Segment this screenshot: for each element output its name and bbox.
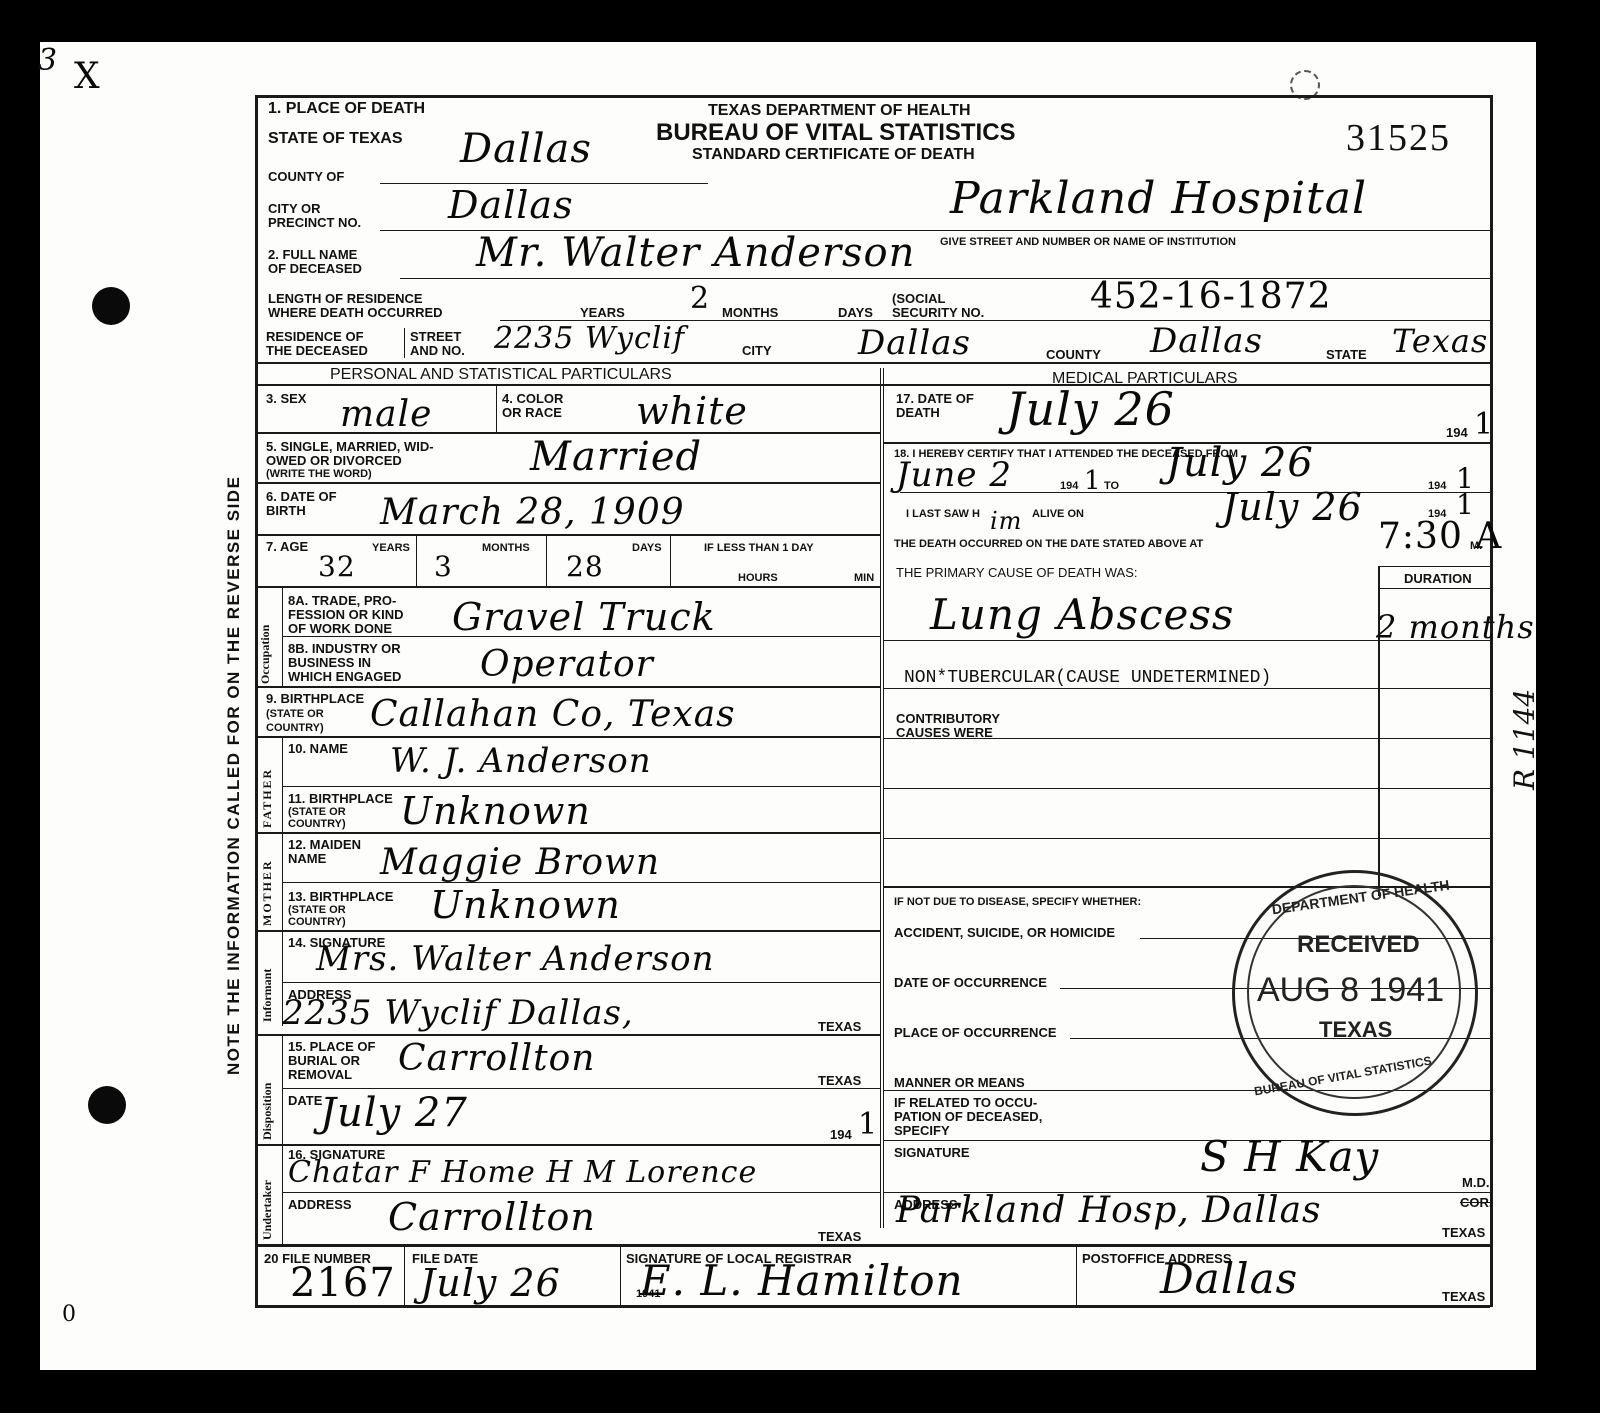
- father-birthplace: Unknown: [400, 794, 591, 828]
- father-name-label: 10. NAME: [288, 742, 348, 756]
- place-of-death-label: 1. PLACE OF DEATH: [268, 100, 425, 118]
- age-days-label: DAYS: [632, 542, 662, 554]
- residence-city: Dallas: [858, 326, 971, 360]
- burial-texas-label: TEXAS: [818, 1074, 861, 1088]
- file-number: 2167: [290, 1266, 396, 1300]
- duration-top-line: [1380, 566, 1490, 567]
- row-line: [255, 1034, 880, 1036]
- residence-city-label: CITY: [742, 344, 772, 358]
- mother-birthplace-label-1: 13. BIRTHPLACE: [288, 890, 393, 904]
- ssn-label-2: SECURITY NO.: [892, 306, 984, 320]
- residence-state-label: STATE: [1326, 348, 1367, 362]
- disposition-side-label: Disposition: [260, 1083, 275, 1140]
- age-divider: [546, 534, 547, 586]
- informant-texas-label: TEXAS: [818, 1020, 861, 1034]
- coroner-label: COR.: [1460, 1196, 1493, 1210]
- age-years: 32: [318, 550, 356, 584]
- birthplace-label-1: 9. BIRTHPLACE: [266, 692, 364, 706]
- date-of-death: July 26: [1006, 392, 1175, 426]
- punch-hole: [88, 1086, 126, 1124]
- ssn-label-1: (SOCIAL: [892, 292, 945, 306]
- row-line: [900, 492, 1490, 493]
- side-note: NOTE THE INFORMATION CALLED FOR ON THE R…: [224, 476, 244, 1075]
- burial-label-2: BURIAL OR: [288, 1054, 360, 1068]
- mother-birthplace: Unknown: [430, 888, 621, 922]
- burial-year-suffix: 1: [858, 1108, 878, 1142]
- age-divider: [670, 534, 671, 586]
- postoffice-address: Dallas: [1160, 1262, 1298, 1296]
- manner-label: MANNER OR MEANS: [894, 1076, 1025, 1090]
- side-band-divider: [282, 1034, 283, 1144]
- department-title: TEXAS DEPARTMENT OF HEALTH: [708, 102, 971, 120]
- industry-label-1: 8B. INDUSTRY OR: [288, 642, 401, 656]
- industry-label-3: WHICH ENGAGED: [288, 670, 401, 684]
- city-of-death: Dallas: [448, 188, 574, 222]
- min-label: MIN: [854, 572, 874, 584]
- birthplace-value: Callahan Co, Texas: [370, 698, 736, 732]
- occupation-related-label-3: SPECIFY: [894, 1124, 950, 1138]
- row-line: [255, 482, 880, 484]
- state-label: STATE OF TEXAS: [268, 130, 403, 148]
- undertaker-texas-label: TEXAS: [818, 1230, 861, 1244]
- residence-length-label-2: WHERE DEATH OCCURRED: [268, 306, 443, 320]
- birthplace-label-3: COUNTRY): [266, 722, 324, 734]
- postoffice-texas-label: TEXAS: [1442, 1290, 1485, 1304]
- punch-hole: [92, 287, 130, 325]
- death-time: 7:30 A: [1378, 520, 1502, 554]
- registrar-divider: [404, 1244, 405, 1306]
- informant-address: 2235 Wyclif Dallas,: [282, 996, 634, 1030]
- institution-name: Parkland Hospital: [950, 182, 1367, 216]
- stamp-date: AUG 8 1941: [1257, 971, 1444, 1010]
- stamp-state: TEXAS: [1319, 1017, 1392, 1043]
- primary-cause-label: THE PRIMARY CAUSE OF DEATH WAS:: [896, 566, 1138, 580]
- row-line: [884, 640, 1490, 641]
- registrar-top-line: [255, 1244, 1490, 1247]
- residence-county-label: COUNTY: [1046, 348, 1101, 362]
- mother-name-label-2: NAME: [288, 852, 326, 866]
- dob-value: March 28, 1909: [380, 496, 685, 530]
- dod-year-suffix: 1: [1474, 408, 1494, 442]
- father-birthplace-label-2: (STATE OR: [288, 806, 346, 818]
- residence-state: Texas: [1392, 324, 1488, 358]
- race-label-1: 4. COLOR: [502, 392, 563, 406]
- undertaker-side-label: Undertaker: [260, 1180, 275, 1240]
- marital-label-3: (WRITE THE WORD): [266, 468, 372, 480]
- trade-label-1: 8A. TRADE, PRO-: [288, 594, 396, 608]
- row-line: [884, 738, 1490, 739]
- registrar-signature: E. L. Hamilton: [640, 1264, 964, 1298]
- dod-year-prefix: 194: [1446, 426, 1468, 440]
- mother-birthplace-label-3: COUNTRY): [288, 916, 346, 928]
- side-band-divider: [282, 832, 283, 930]
- registrar-divider: [620, 1244, 621, 1306]
- occupation-related-label-2: PATION OF DECEASED,: [894, 1110, 1042, 1124]
- age-label: 7. AGE: [266, 540, 308, 554]
- physician-address: Parkland Hosp, Dallas: [896, 1194, 1322, 1228]
- m-label: M.: [1470, 540, 1482, 552]
- row-line: [255, 832, 880, 834]
- mother-side-label: MOTHER: [260, 859, 275, 926]
- undertaker-signature: Chatar F Home H M Lorence: [288, 1156, 757, 1190]
- father-birthplace-label-3: COUNTRY): [288, 818, 346, 830]
- hours-label: HOURS: [738, 572, 778, 584]
- duration-header-line: [1380, 588, 1490, 589]
- informant-side-label: Informant: [260, 969, 275, 1022]
- street-label-1: STREET: [410, 330, 461, 344]
- last-saw-date: July 26: [1222, 490, 1363, 524]
- undertaker-address: Carrollton: [388, 1200, 596, 1234]
- full-name-label-1: 2. FULL NAME: [268, 248, 357, 262]
- trade-label-2: FESSION OR KIND: [288, 608, 404, 622]
- mother-name-label-1: 12. MAIDEN: [288, 838, 361, 852]
- mother-maiden-name: Maggie Brown: [380, 846, 660, 880]
- burial-label-1: 15. PLACE OF: [288, 1040, 375, 1054]
- primary-duration: 2 months: [1376, 610, 1535, 644]
- row-line: [884, 838, 1490, 839]
- institution-label: GIVE STREET AND NUMBER OR NAME OF INSTIT…: [940, 236, 1236, 248]
- sex-value: male: [340, 398, 432, 432]
- contributory-label-1: CONTRIBUTORY: [896, 712, 1000, 726]
- primary-cause: Lung Abscess: [930, 598, 1234, 632]
- to-label: TO: [1104, 480, 1119, 492]
- dob-label-1: 6. DATE OF: [266, 490, 337, 504]
- county-of-death: Dallas: [460, 132, 592, 166]
- informant-signature: Mrs. Walter Anderson: [316, 942, 715, 976]
- residence-label-2: THE DECEASED: [266, 344, 368, 358]
- sex-race-divider: [496, 384, 497, 432]
- row-line: [282, 1088, 880, 1089]
- county-label: COUNTY OF: [268, 170, 344, 184]
- industry-label-2: BUSINESS IN: [288, 656, 371, 670]
- row-line: [255, 686, 880, 688]
- attended-to: July 26: [1166, 446, 1314, 480]
- side-band-divider: [282, 1144, 283, 1244]
- birthplace-label-2: (STATE OR: [266, 708, 324, 720]
- less-than-day-label: IF LESS THAN 1 DAY: [704, 542, 814, 554]
- race-value: white: [636, 394, 748, 428]
- full-name-label-2: OF DECEASED: [268, 262, 362, 276]
- burial-date: July 27: [320, 1096, 468, 1130]
- years-label: YEARS: [580, 306, 625, 320]
- row-line: [282, 1192, 880, 1193]
- duration-label: DURATION: [1404, 572, 1472, 586]
- age-years-label: YEARS: [372, 542, 410, 554]
- personal-section-title: PERSONAL AND STATISTICAL PARTICULARS: [330, 366, 672, 384]
- file-date: July 26: [420, 1266, 561, 1300]
- attended-from: June 2: [896, 458, 1012, 492]
- side-band-divider: [282, 736, 283, 832]
- last-saw-label-2: ALIVE ON: [1032, 508, 1084, 520]
- industry-value: Operator: [480, 648, 654, 682]
- residence-months: 2: [690, 282, 710, 316]
- stamp-received: RECEIVED: [1297, 931, 1420, 959]
- row-line: [255, 930, 880, 932]
- dod-label-2: DEATH: [896, 406, 940, 420]
- age-months: 3: [434, 550, 453, 584]
- attended-from-year-prefix: 194: [1060, 480, 1078, 492]
- dob-label-2: BIRTH: [266, 504, 306, 518]
- age-days: 28: [566, 550, 604, 584]
- marital-value: Married: [530, 440, 702, 474]
- physician-signature-label: SIGNATURE: [894, 1146, 970, 1160]
- row-line: [884, 688, 1490, 689]
- margin-mark-zero: 0: [62, 1298, 77, 1332]
- city-label-2: PRECINCT NO.: [268, 216, 361, 230]
- burial-label-3: REMOVAL: [288, 1068, 352, 1082]
- row-line: [884, 788, 1490, 789]
- md-label: M.D.: [1462, 1176, 1489, 1190]
- ssn-value: 452-16-1872: [1090, 280, 1331, 314]
- months-label: MONTHS: [722, 306, 778, 320]
- received-stamp: DEPARTMENT OF HEALTH RECEIVED AUG 8 1941…: [1232, 870, 1478, 1116]
- physician-signature: S H Kay: [1200, 1140, 1379, 1174]
- undertaker-address-label: ADDRESS: [288, 1198, 352, 1212]
- accident-label: ACCIDENT, SUICIDE, OR HOMICIDE: [894, 926, 1115, 940]
- marital-label-1: 5. SINGLE, MARRIED, WID-: [266, 440, 434, 454]
- father-birthplace-label-1: 11. BIRTHPLACE: [288, 792, 393, 806]
- dod-label-1: 17. DATE OF: [896, 392, 974, 406]
- days-label: DAYS: [838, 306, 873, 320]
- residence-line: [255, 362, 1490, 364]
- deceased-full-name: Mr. Walter Anderson: [476, 236, 915, 270]
- death-time-label: THE DEATH OCCURRED ON THE DATE STATED AB…: [894, 538, 1203, 550]
- last-saw-him: im: [990, 504, 1022, 538]
- form-border-left: [255, 95, 258, 1307]
- father-side-label: FATHER: [260, 768, 275, 828]
- street-label-2: AND NO.: [410, 344, 465, 358]
- row-line: [282, 786, 880, 787]
- race-label-2: OR RACE: [502, 406, 562, 420]
- margin-code: R 1144: [1508, 689, 1541, 790]
- margin-mark-number: 3: [38, 44, 58, 78]
- trade-label-3: OF WORK DONE: [288, 622, 392, 636]
- row-line: [255, 1144, 880, 1146]
- attended-to-year-prefix: 194: [1428, 480, 1446, 492]
- row-line: [255, 736, 880, 738]
- form-border-right: [1490, 95, 1493, 1307]
- row-line: [255, 586, 880, 588]
- burial-place: Carrollton: [398, 1042, 595, 1076]
- registrar-divider: [1076, 1244, 1077, 1306]
- residence-label-1: RESIDENCE OF: [266, 330, 364, 344]
- residence-county: Dallas: [1150, 324, 1263, 358]
- occupation-related-label-1: IF RELATED TO OCCU-: [894, 1096, 1037, 1110]
- last-saw-label-1: I LAST SAW H: [906, 508, 980, 520]
- occupation-side-label: Occupation: [258, 625, 273, 684]
- form-border-bottom: [255, 1305, 1490, 1308]
- occurrence-place-label: PLACE OF OCCURRENCE: [894, 1026, 1057, 1040]
- section-title-line: [255, 384, 1490, 386]
- row-line: [884, 1140, 1490, 1141]
- marital-label-2: OWED OR DIVORCED: [266, 454, 402, 468]
- form-title: STANDARD CERTIFICATE OF DEATH: [692, 146, 975, 164]
- form-border-top: [255, 95, 1490, 98]
- age-divider: [416, 534, 417, 586]
- mother-birthplace-label-2: (STATE OR: [288, 904, 346, 916]
- physician-texas-label: TEXAS: [1442, 1226, 1485, 1240]
- residence-divider: [404, 328, 405, 358]
- city-label-1: CITY OR: [268, 202, 321, 216]
- row-line: [282, 982, 880, 983]
- trade-value: Gravel Truck: [452, 600, 716, 634]
- bureau-title: BUREAU OF VITAL STATISTICS: [656, 120, 1016, 146]
- margin-mark-cross: X: [74, 60, 101, 94]
- residence-street: 2235 Wyclif: [494, 322, 685, 356]
- not-disease-label: IF NOT DUE TO DISEASE, SPECIFY WHETHER:: [894, 896, 1141, 908]
- occurrence-date-label: DATE OF OCCURRENCE: [894, 976, 1047, 990]
- father-name: W. J. Anderson: [390, 744, 652, 778]
- column-divider: [880, 368, 884, 1228]
- row-line: [255, 534, 880, 536]
- burial-year-prefix: 194: [830, 1128, 852, 1142]
- typed-cause-note: NON*TUBERCULAR(CAUSE UNDETERMINED): [904, 668, 1271, 688]
- certificate-number: 31525: [1346, 116, 1451, 160]
- sex-label: 3. SEX: [266, 392, 306, 406]
- burial-date-label: DATE: [288, 1094, 322, 1108]
- row-line: [282, 636, 880, 637]
- age-months-label: MONTHS: [482, 542, 530, 554]
- residence-length-label-1: LENGTH OF RESIDENCE: [268, 292, 423, 306]
